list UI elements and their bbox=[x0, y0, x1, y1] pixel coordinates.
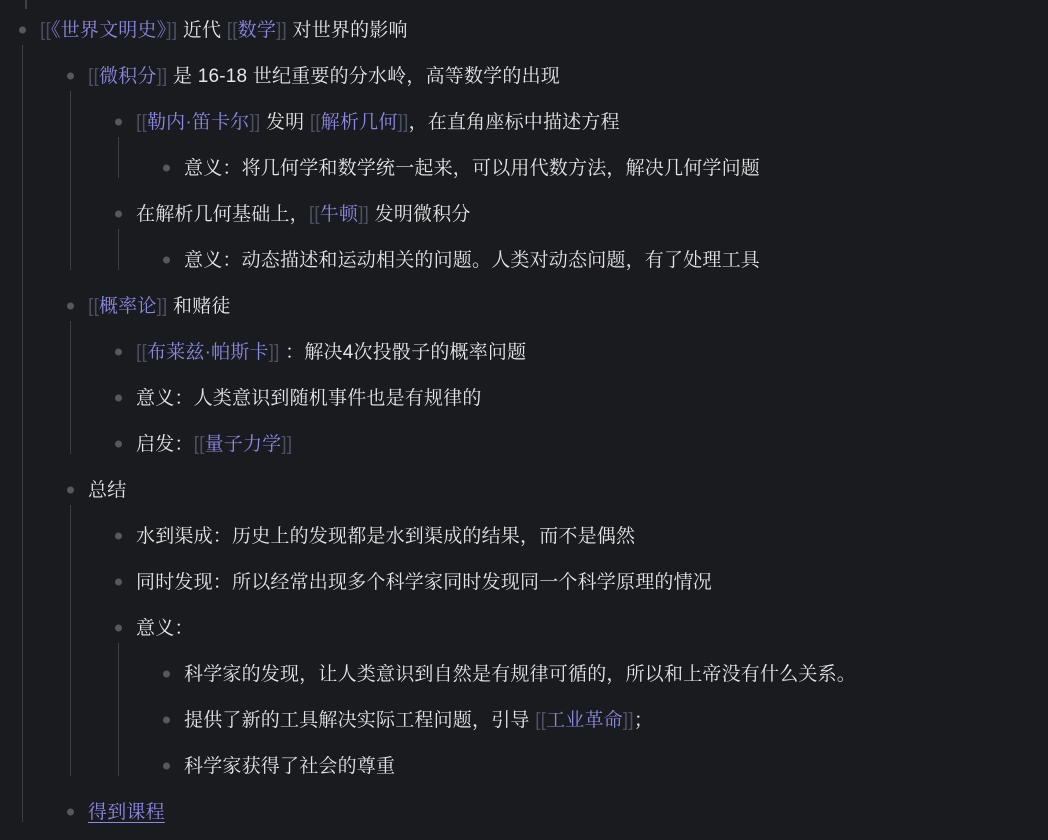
page-reference-link[interactable]: 数学 bbox=[238, 20, 276, 41]
block-text: 同时发现：所以经常出现多个科学家同时发现同一个科学原理的情况 bbox=[136, 572, 712, 593]
block-content[interactable]: 意义： bbox=[136, 615, 194, 642]
block-content[interactable]: 科学家的发现，让人类意识到自然是有规律可循的，所以和上帝没有什么关系。 bbox=[184, 661, 856, 688]
page-reference-link[interactable]: 微积分 bbox=[99, 66, 157, 87]
block-bullet[interactable] bbox=[67, 809, 74, 816]
reference-bracket: ]] bbox=[281, 434, 292, 455]
block-text: 对世界的影响 bbox=[287, 20, 408, 41]
block-row: 同时发现：所以经常出现多个科学家同时发现同一个科学原理的情况 bbox=[0, 559, 1048, 605]
block-text: 和赌徒 bbox=[168, 296, 231, 317]
block-text: 发明微积分 bbox=[369, 204, 470, 225]
block-content[interactable]: 水到渠成：历史上的发现都是水到渠成的结果，而不是偶然 bbox=[136, 523, 635, 550]
block-row: [[布莱兹·帕斯卡]] ：解决4次投骰子的概率问题 bbox=[0, 329, 1048, 375]
page-reference-link[interactable]: 工业革命 bbox=[546, 710, 623, 731]
block-text: 是 16-18 世纪重要的分水岭，高等数学的出现 bbox=[168, 66, 560, 87]
block-bullet[interactable] bbox=[115, 395, 122, 402]
block-content[interactable]: 同时发现：所以经常出现多个科学家同时发现同一个科学原理的情况 bbox=[136, 569, 712, 596]
reference-bracket: ]] bbox=[276, 20, 287, 41]
block-row: 意义：将几何学和数学统一起来，可以用代数方法，解决几何学问题 bbox=[0, 145, 1048, 191]
block-text: 近代 bbox=[177, 20, 226, 41]
block-bullet[interactable] bbox=[163, 257, 170, 264]
block-row: 总结 bbox=[0, 467, 1048, 513]
page-reference-link[interactable]: 勒内·笛卡尔 bbox=[147, 112, 250, 133]
reference-bracket: [[ bbox=[309, 204, 320, 225]
reference-bracket: ]] bbox=[398, 112, 409, 133]
reference-bracket: ]] bbox=[623, 710, 634, 731]
block-content[interactable]: 意义：动态描述和运动相关的问题。人类对动态问题，有了处理工具 bbox=[184, 247, 760, 274]
reference-bracket: ]] bbox=[166, 20, 177, 41]
block-bullet[interactable] bbox=[163, 671, 170, 678]
block-row: 水到渠成：历史上的发现都是水到渠成的结果，而不是偶然 bbox=[0, 513, 1048, 559]
block-content[interactable]: 意义：将几何学和数学统一起来，可以用代数方法，解决几何学问题 bbox=[184, 155, 760, 182]
block-text: 意义：将几何学和数学统一起来，可以用代数方法，解决几何学问题 bbox=[184, 158, 760, 179]
block-content[interactable]: 提供了新的工具解决实际工程问题，引导 [[工业革命]]； bbox=[184, 707, 653, 734]
page-reference-link[interactable]: 量子力学 bbox=[205, 434, 282, 455]
block-row: [[微积分]] 是 16-18 世纪重要的分水岭，高等数学的出现 bbox=[0, 53, 1048, 99]
block-bullet[interactable] bbox=[19, 27, 26, 34]
block-text: 意义： bbox=[136, 618, 194, 639]
reference-bracket: ]] bbox=[358, 204, 369, 225]
block-row: 意义：动态描述和运动相关的问题。人类对动态问题，有了处理工具 bbox=[0, 237, 1048, 283]
block-bullet[interactable] bbox=[115, 119, 122, 126]
block-text: 科学家的发现，让人类意识到自然是有规律可循的，所以和上帝没有什么关系。 bbox=[184, 664, 856, 685]
block-content[interactable]: 在解析几何基础上，[[牛顿]] 发明微积分 bbox=[136, 201, 471, 228]
block-text: ； bbox=[634, 710, 653, 731]
page-reference-link[interactable]: 概率论 bbox=[99, 296, 157, 317]
block-row: 提供了新的工具解决实际工程问题，引导 [[工业革命]]； bbox=[0, 697, 1048, 743]
page-reference-link[interactable]: 解析几何 bbox=[321, 112, 398, 133]
block-content[interactable]: [[微积分]] 是 16-18 世纪重要的分水岭，高等数学的出现 bbox=[88, 63, 560, 90]
block-bullet[interactable] bbox=[115, 579, 122, 586]
block-content[interactable]: [[概率论]] 和赌徒 bbox=[88, 293, 231, 320]
block-content[interactable]: 科学家获得了社会的尊重 bbox=[184, 753, 395, 780]
outline: [[《世界文明史》]] 近代 [[数学]] 对世界的影响[[微积分]] 是 16… bbox=[0, 0, 1048, 840]
block-row: [[《世界文明史》]] 近代 [[数学]] 对世界的影响 bbox=[0, 7, 1048, 53]
block-text: 意义：动态描述和运动相关的问题。人类对动态问题，有了处理工具 bbox=[184, 250, 760, 271]
block-content[interactable]: 启发：[[量子力学]] bbox=[136, 431, 292, 458]
reference-bracket: [[ bbox=[136, 342, 147, 363]
block-bullet[interactable] bbox=[67, 303, 74, 310]
block-row: 科学家获得了社会的尊重 bbox=[0, 743, 1048, 789]
reference-bracket: ]] bbox=[269, 342, 280, 363]
block-row: 得到课程 bbox=[0, 789, 1048, 835]
block-content[interactable]: [[《世界文明史》]] 近代 [[数学]] 对世界的影响 bbox=[40, 17, 408, 44]
block-content[interactable]: [[勒内·笛卡尔]] 发明 [[解析几何]]，在直角座标中描述方程 bbox=[136, 109, 620, 136]
block-bullet[interactable] bbox=[163, 763, 170, 770]
block-text: 总结 bbox=[88, 480, 126, 501]
page-reference-link[interactable]: 《世界文明史》 bbox=[51, 20, 166, 41]
reference-bracket: ]] bbox=[157, 66, 168, 87]
block-bullet[interactable] bbox=[115, 625, 122, 632]
block-row: [[勒内·笛卡尔]] 发明 [[解析几何]]，在直角座标中描述方程 bbox=[0, 99, 1048, 145]
block-content[interactable]: 得到课程 bbox=[88, 799, 165, 826]
reference-bracket: ]] bbox=[157, 296, 168, 317]
block-text: 发明 bbox=[260, 112, 309, 133]
block-row: [[概率论]] 和赌徒 bbox=[0, 283, 1048, 329]
block-text: ，在直角座标中描述方程 bbox=[409, 112, 620, 133]
reference-bracket: [[ bbox=[194, 434, 205, 455]
underlined-link[interactable]: 得到课程 bbox=[88, 802, 165, 823]
block-bullet[interactable] bbox=[115, 441, 122, 448]
reference-bracket: [[ bbox=[40, 20, 51, 41]
block-bullet[interactable] bbox=[67, 73, 74, 80]
block-text: 水到渠成：历史上的发现都是水到渠成的结果，而不是偶然 bbox=[136, 526, 635, 547]
reference-bracket: [[ bbox=[535, 710, 546, 731]
reference-bracket: ]] bbox=[250, 112, 261, 133]
reference-bracket: [[ bbox=[136, 112, 147, 133]
block-bullet[interactable] bbox=[163, 717, 170, 724]
block-bullet[interactable] bbox=[115, 533, 122, 540]
block-row: 意义： bbox=[0, 605, 1048, 651]
block-text: 启发： bbox=[136, 434, 194, 455]
reference-bracket: [[ bbox=[88, 66, 99, 87]
block-text: 意义：人类意识到随机事件也是有规律的 bbox=[136, 388, 482, 409]
block-text: 在解析几何基础上， bbox=[136, 204, 309, 225]
block-bullet[interactable] bbox=[67, 487, 74, 494]
block-content[interactable]: 意义：人类意识到随机事件也是有规律的 bbox=[136, 385, 482, 412]
block-content[interactable]: 总结 bbox=[88, 477, 126, 504]
block-text: 科学家获得了社会的尊重 bbox=[184, 756, 395, 777]
block-row: 科学家的发现，让人类意识到自然是有规律可循的，所以和上帝没有什么关系。 bbox=[0, 651, 1048, 697]
page-reference-link[interactable]: 布莱兹·帕斯卡 bbox=[147, 342, 269, 363]
page-reference-link[interactable]: 牛顿 bbox=[320, 204, 358, 225]
block-text: 提供了新的工具解决实际工程问题，引导 bbox=[184, 710, 535, 731]
reference-bracket: [[ bbox=[310, 112, 321, 133]
block-row: 启发：[[量子力学]] bbox=[0, 421, 1048, 467]
reference-bracket: [[ bbox=[227, 20, 238, 41]
reference-bracket: [[ bbox=[88, 296, 99, 317]
block-bullet[interactable] bbox=[115, 211, 122, 218]
block-content[interactable]: [[布莱兹·帕斯卡]] ：解决4次投骰子的概率问题 bbox=[136, 339, 526, 366]
block-row: 在解析几何基础上，[[牛顿]] 发明微积分 bbox=[0, 191, 1048, 237]
block-row: 意义：人类意识到随机事件也是有规律的 bbox=[0, 375, 1048, 421]
block-bullet[interactable] bbox=[115, 349, 122, 356]
block-bullet[interactable] bbox=[163, 165, 170, 172]
block-text: ：解决4次投骰子的概率问题 bbox=[280, 342, 527, 363]
